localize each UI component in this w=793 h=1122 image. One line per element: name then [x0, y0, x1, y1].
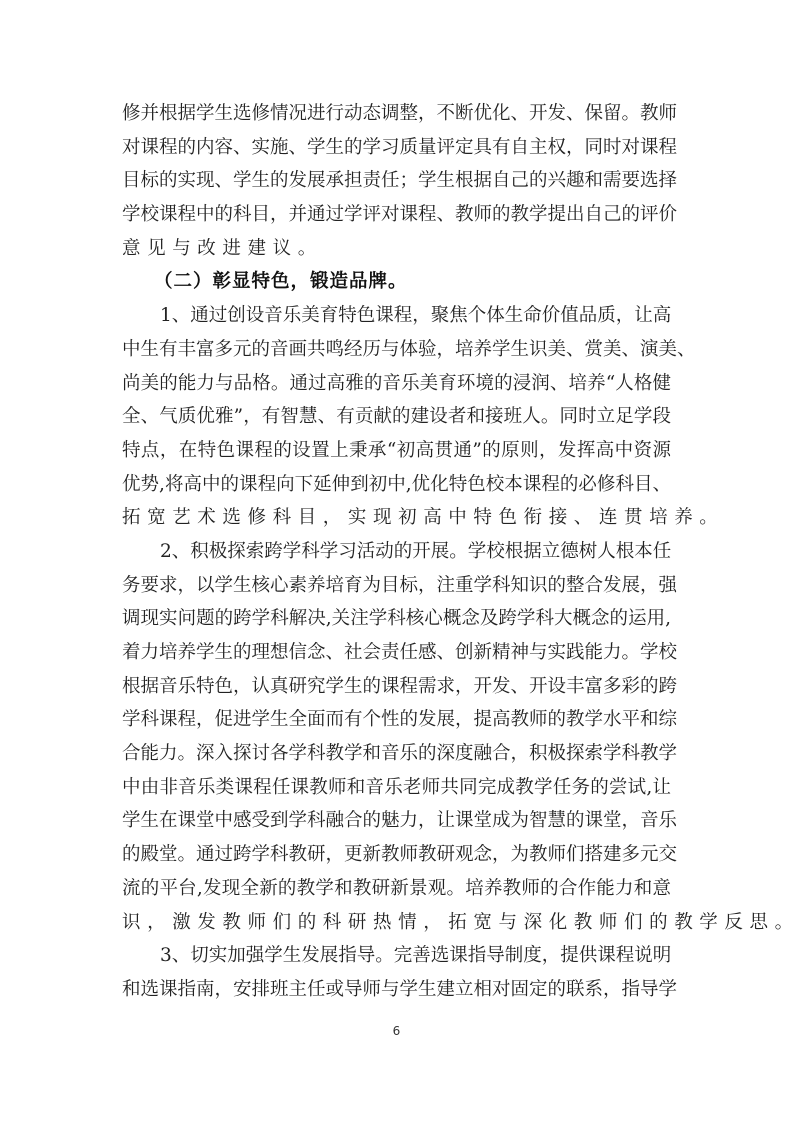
- text-line: 识，激发教师们的科研热情，拓宽与深化教师们的教学反思。: [122, 906, 671, 940]
- text-line: 根据音乐特色，认真研究学生的课程需求，开发、开设丰富多彩的跨: [122, 670, 671, 704]
- document-body: 修并根据学生选修情况进行动态调整，不断优化、开发、保留。教师 对课程的内容、实施…: [122, 97, 671, 1007]
- text-line: 中由非音乐类课程任课教师和音乐老师共同完成教学任务的尝试,让: [122, 771, 671, 805]
- paragraph-3: 3、切实加强学生发展指导。完善选课指导制度，提供课程说明 和选课指南，安排班主任…: [122, 939, 671, 1006]
- text-line: 3、切实加强学生发展指导。完善选课指导制度，提供课程说明: [122, 939, 671, 973]
- paragraph-1: 1、通过创设音乐美育特色课程，聚焦个体生命价值品质，让高 中生有丰富多元的音画共…: [122, 299, 671, 535]
- text-line: 修并根据学生选修情况进行动态调整，不断优化、开发、保留。教师: [122, 97, 671, 131]
- text-line: 务要求，以学生核心素养培育为目标，注重学科知识的整合发展，强: [122, 569, 671, 603]
- text-line: 学生在课堂中感受到学科融合的魅力，让课堂成为智慧的课堂，音乐: [122, 804, 671, 838]
- text-line: 2、积极探索跨学科学习活动的开展。学校根据立德树人根本任: [122, 535, 671, 569]
- paragraph-continuation: 修并根据学生选修情况进行动态调整，不断优化、开发、保留。教师 对课程的内容、实施…: [122, 97, 671, 265]
- text-line: 特点，在特色课程的设置上秉承“初高贯通”的原则，发挥高中资源: [122, 434, 671, 468]
- text-line: 对课程的内容、实施、学生的学习质量评定具有自主权，同时对课程: [122, 131, 671, 165]
- text-line: 1、通过创设音乐美育特色课程，聚焦个体生命价值品质，让高: [122, 299, 671, 333]
- text-line: 中生有丰富多元的音画共鸣经历与体验，培养学生识美、赏美、演美、: [122, 333, 671, 367]
- text-line: 学科课程，促进学生全面而有个性的发展，提高教师的教学水平和综: [122, 703, 671, 737]
- text-line: 优势,将高中的课程向下延伸到初中,优化特色校本课程的必修科目、: [122, 468, 671, 502]
- text-line: 和选课指南，安排班主任或导师与学生建立相对固定的联系，指导学: [122, 973, 671, 1007]
- text-line: 尚美的能力与品格。通过高雅的音乐美育环境的浸润、培养“人格健: [122, 367, 671, 401]
- section-heading: （二）彰显特色，锻造品牌。: [122, 265, 671, 299]
- paragraph-2: 2、积极探索跨学科学习活动的开展。学校根据立德树人根本任 务要求，以学生核心素养…: [122, 535, 671, 939]
- text-line: 调现实问题的跨学科解决,关注学科核心概念及跨学科大概念的运用,: [122, 602, 671, 636]
- text-line: 流的平台,发现全新的教学和教研新景观。培养教师的合作能力和意: [122, 872, 671, 906]
- text-line: 全、气质优雅”，有智慧、有贡献的建设者和接班人。同时立足学段: [122, 400, 671, 434]
- text-line: 着力培养学生的理想信念、社会责任感、创新精神与实践能力。学校: [122, 636, 671, 670]
- document-page: 修并根据学生选修情况进行动态调整，不断优化、开发、保留。教师 对课程的内容、实施…: [0, 0, 793, 1122]
- text-line: 拓宽艺术选修科目，实现初高中特色衔接、连贯培养。: [122, 501, 671, 535]
- text-line: 意见与改进建议。: [122, 232, 671, 266]
- heading-text: （二）彰显特色，锻造品牌。: [122, 265, 671, 299]
- text-line: 合能力。深入探讨各学科教学和音乐的深度融合，积极探索学科教学: [122, 737, 671, 771]
- text-line: 目标的实现、学生的发展承担责任；学生根据自己的兴趣和需要选择: [122, 164, 671, 198]
- page-number: 6: [0, 1024, 793, 1038]
- text-line: 的殿堂。通过跨学科教研，更新教师教研观念，为教师们搭建多元交: [122, 838, 671, 872]
- text-line: 学校课程中的科目，并通过学评对课程、教师的教学提出自己的评价: [122, 198, 671, 232]
